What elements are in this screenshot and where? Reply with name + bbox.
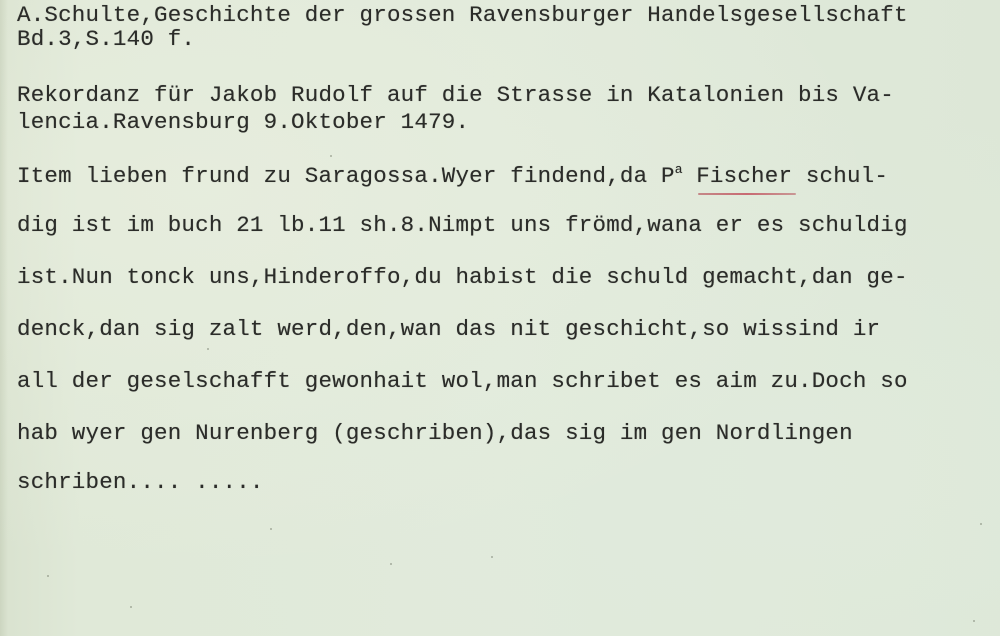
body-line-1-text: Item lieben frund zu Saragossa.Wyer find… [17,163,675,189]
paper-speck [130,606,132,608]
citation-line-2: Bd.3,S.140 f. [17,28,195,51]
paper-speck [390,563,392,565]
paper-speck [47,575,49,577]
paper-speck [207,348,209,350]
body-line-7: schriben.... ..... [17,471,264,494]
underlined-name: Fischer [696,165,792,188]
paper-speck [330,155,332,157]
superscript-abbreviation: a [675,162,683,177]
paper-speck [980,523,982,525]
body-line-5: all der geselschafft gewonhait wol,man s… [17,370,908,393]
paper-speck [270,528,272,530]
paper-speck [491,556,493,558]
card-edge-shadow [0,0,8,636]
index-card: A.Schulte,Geschichte der grossen Ravensb… [0,0,1000,636]
record-title-line-2: lencia.Ravensburg 9.Oktober 1479. [17,111,469,134]
body-line-2: dig ist im buch 21 lb.11 sh.8.Nimpt uns … [17,214,908,237]
body-line-1-end: schul- [792,163,888,189]
paper-speck [973,620,975,622]
citation-line-1: A.Schulte,Geschichte der grossen Ravensb… [17,4,908,27]
body-line-1: Item lieben frund zu Saragossa.Wyer find… [17,163,888,188]
body-line-3: ist.Nun tonck uns,Hinderoffo,du habist d… [17,266,908,289]
body-line-4: denck,dan sig zalt werd,den,wan das nit … [17,318,880,341]
body-line-6: hab wyer gen Nurenberg (geschriben),das … [17,422,853,445]
record-title-line-1: Rekordanz für Jakob Rudolf auf die Stras… [17,84,894,107]
